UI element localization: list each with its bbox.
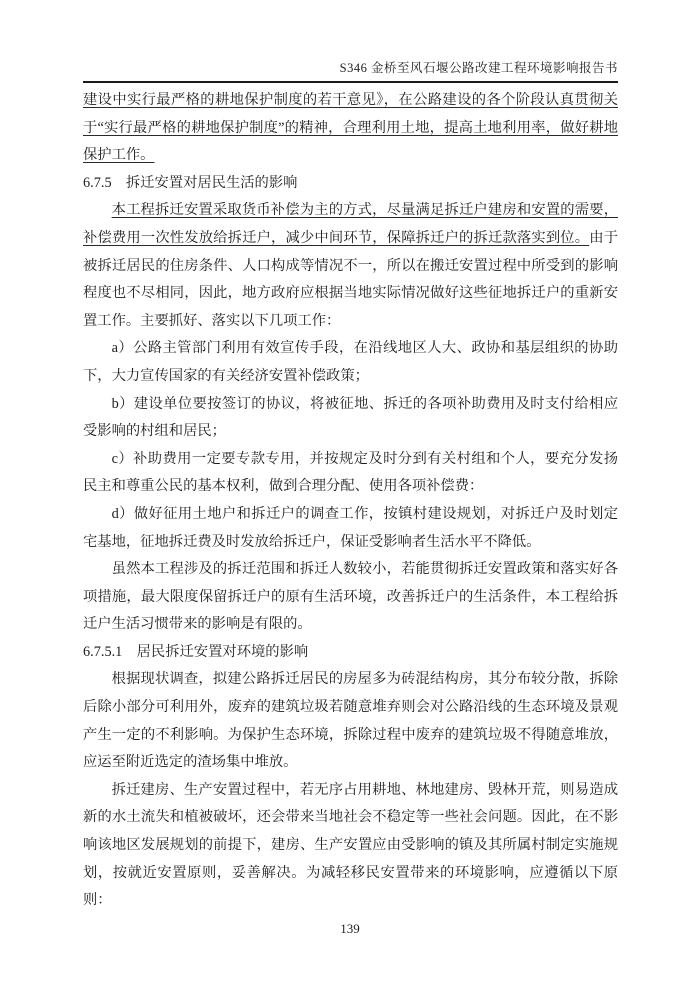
document-body: 建设中实行最严格的耕地保护制度的若干意见》，在公路建设的各个阶段认真贯彻关于“实… xyxy=(83,87,618,915)
paragraph-demolition-text: 根据现状调查，拟建公路拆迁居民的房屋多为砖混结构房，其分布较分散，拆除后除小部分… xyxy=(83,671,618,770)
section-title: 拆迁安置对居民生活的影响 xyxy=(126,175,298,191)
paragraph-relocation-text: 拆迁建房、生产安置过程中，若无序占用耕地、林地建房、毁林开荒，则易造成新的水土流… xyxy=(83,782,618,908)
list-item-d-text: d）做好征用土地户和拆迁户的调查工作，按镇村建设规划，对拆迁户及时划定宅基地，征… xyxy=(83,506,618,550)
continuation-paragraph: 建设中实行最严格的耕地保护制度的若干意见》，在公路建设的各个阶段认真贯彻关于“实… xyxy=(83,87,618,170)
running-head-title: S346 金桥至风石堰公路改建工程环境影响报告书 xyxy=(340,61,618,75)
paragraph-demolition-impact: 根据现状调查，拟建公路拆迁居民的房屋多为砖混结构房，其分布较分散，拆除后除小部分… xyxy=(83,666,618,776)
section-heading-6751: 6.7.5.1居民拆迁安置对环境的影响 xyxy=(83,639,618,667)
page-header: S346 金桥至风石堰公路改建工程环境影响报告书 xyxy=(83,58,618,83)
section-title: 居民拆迁安置对环境的影响 xyxy=(137,644,309,660)
document-page: S346 金桥至风石堰公路改建工程环境影响报告书 建设中实行最严格的耕地保护制度… xyxy=(0,0,700,990)
paragraph-relocation-planning: 拆迁建房、生产安置过程中，若无序占用耕地、林地建房、毁林开荒，则易造成新的水土流… xyxy=(83,777,618,915)
section-number: 6.7.5.1 xyxy=(83,644,122,660)
list-item-a-text: a）公路主管部门利用有效宣传手段，在沿线地区人大、政协和基层组织的协助下，大力宣… xyxy=(83,340,618,384)
section-heading-675: 6.7.5拆迁安置对居民生活的影响 xyxy=(83,170,618,198)
page-footer: 139 xyxy=(0,921,700,937)
paragraph-conclusion: 虽然本工程涉及的拆迁范围和拆迁人数较小，若能贯彻拆迁安置政策和落实好各项措施，最… xyxy=(83,556,618,639)
paragraph-resettlement-policy: 本工程拆迁安置采取货币补偿为主的方式，尽量满足拆迁户建房和安置的需要，补偿费用一… xyxy=(83,197,618,335)
continuation-paragraph-underlined-text: 建设中实行最严格的耕地保护制度的若干意见》，在公路建设的各个阶段认真贯彻关于“实… xyxy=(83,92,618,163)
list-item-c: c）补助费用一定要专款专用，并按规定及时分到有关村组和个人，要充分发扬民主和尊重… xyxy=(83,446,618,501)
list-item-b: b）建设单位要按签订的协议，将被征地、拆迁的各项补助费用及时支付给相应受影响的村… xyxy=(83,391,618,446)
paragraph-conclusion-text: 虽然本工程涉及的拆迁范围和拆迁人数较小，若能贯彻拆迁安置政策和落实好各项措施，最… xyxy=(83,561,618,632)
list-item-d: d）做好征用土地户和拆迁户的调查工作，按镇村建设规划，对拆迁户及时划定宅基地，征… xyxy=(83,501,618,556)
list-item-c-text: c）补助费用一定要专款专用，并按规定及时分到有关村组和个人，要充分发扬民主和尊重… xyxy=(83,451,618,495)
page-number: 139 xyxy=(340,921,360,936)
list-item-b-text: b）建设单位要按签订的协议，将被征地、拆迁的各项补助费用及时支付给相应受影响的村… xyxy=(83,396,618,440)
list-item-a: a）公路主管部门利用有效宣传手段，在沿线地区人大、政协和基层组织的协助下，大力宣… xyxy=(83,335,618,390)
paragraph-underlined-text: 本工程拆迁安置采取货币补偿为主的方式，尽量满足拆迁户建房和安置的需要，补偿费用一… xyxy=(83,202,618,246)
section-number: 6.7.5 xyxy=(83,175,112,191)
